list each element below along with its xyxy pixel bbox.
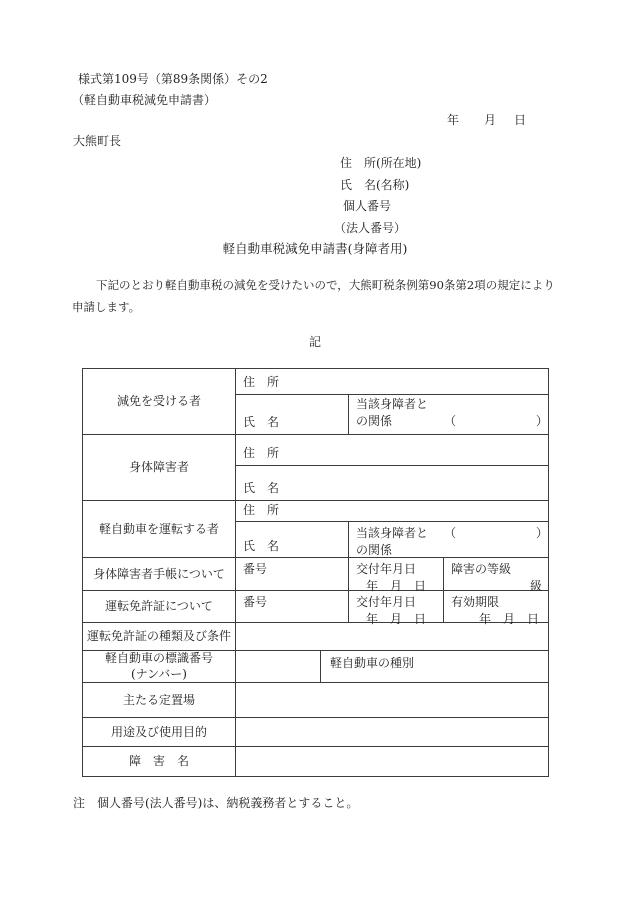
- location-label: 主たる定置場: [83, 683, 236, 717]
- plate-label-line1: 軽自動車の標識番号: [105, 651, 213, 666]
- disability-name-blank: [236, 747, 548, 776]
- vehicle-type-label: 軽自動車の種別: [330, 656, 414, 670]
- paren-close: ）: [536, 412, 548, 429]
- driver-relation-label: 当該身障者との関係: [356, 524, 436, 558]
- row-disabled-person: 身体障害者 住 所 氏 名: [83, 435, 548, 501]
- personal-number-label: 個人番号: [340, 196, 421, 218]
- disabled-person-label: 身体障害者: [83, 435, 236, 500]
- corporate-number-label: （法人番号）: [334, 218, 421, 240]
- license-number-cell: 番号: [236, 591, 349, 622]
- body-line1: 下記のとおり軽自動車税の減免を受けたいので，大熊町税条例第90条第2項の規定によ…: [72, 277, 555, 293]
- exempt-person-label: 減免を受ける者: [83, 369, 236, 434]
- row-purpose: 用途及び使用目的: [83, 718, 548, 747]
- document-page: 様式第109号（第89条関係）その2 （軽自動車税減免申請書） 年月日 大熊町長…: [0, 0, 630, 903]
- handbook-number-cell: 番号: [236, 558, 349, 590]
- disabled-address-cell: 住 所: [236, 435, 548, 466]
- plate-label-cell: 軽自動車の標識番号 (ナンバー): [83, 651, 236, 682]
- paren-close: ）: [536, 524, 548, 541]
- paren-open: （: [444, 412, 456, 429]
- exempt-relation-cell: 当該身障者との関係 （ ）: [349, 395, 548, 434]
- document-title: 軽自動車税減免申請書(身障者用): [0, 239, 630, 257]
- handbook-grade-cell: 障害の等級 級: [444, 558, 548, 590]
- date-line: 年月日: [447, 111, 526, 128]
- section-heading-ki: 記: [0, 333, 630, 350]
- driver-name-label: 氏 名: [243, 537, 279, 554]
- license-issue-cell: 交付年月日 年 月 日: [349, 591, 444, 622]
- handbook-label: 身体障害者手帳について: [83, 558, 236, 590]
- month-label: 月: [484, 113, 496, 127]
- exempt-relation-label: 当該身障者との関係: [356, 395, 436, 429]
- disabled-address-label: 住 所: [243, 444, 279, 461]
- row-license-type: 運転免許証の種類及び条件: [83, 623, 548, 651]
- vehicle-type-cell: 軽自動車の種別: [321, 651, 548, 682]
- row-driver: 軽自動車を運転する者 住 所 氏 名 当該身障者との関係 （ ）: [83, 501, 548, 558]
- year-label: 年: [447, 113, 459, 127]
- location-blank: [236, 683, 548, 717]
- form-subtitle: （軽自動車税減免申請書）: [72, 91, 216, 108]
- driver-address-cell: 住 所: [236, 501, 548, 522]
- exempt-name-label: 氏 名: [243, 413, 279, 430]
- applicant-block: 住 所(所在地) 氏 名(名称) 個人番号 （法人番号）: [340, 153, 421, 239]
- plate-label-line2: (ナンバー): [105, 667, 213, 682]
- body-line2: 申請します。: [72, 299, 140, 315]
- row-plate: 軽自動車の標識番号 (ナンバー) 軽自動車の種別: [83, 651, 548, 683]
- exempt-address-cell: 住 所: [236, 369, 548, 395]
- driver-name-row: 氏 名 当該身障者との関係 （ ）: [236, 522, 548, 558]
- license-label: 運転免許証について: [83, 591, 236, 622]
- purpose-blank: [236, 718, 548, 746]
- handbook-issue-cell: 交付年月日 年 月 日: [349, 558, 444, 590]
- row-handbook: 身体障害者手帳について 番号 交付年月日 年 月 日 障害の等級 級: [83, 558, 548, 591]
- row-location: 主たる定置場: [83, 683, 548, 718]
- license-number-label: 番号: [243, 595, 267, 609]
- applicant-name-label: 氏 名(名称): [340, 175, 421, 197]
- exempt-name-row: 氏 名 当該身障者との関係 （ ）: [236, 395, 548, 434]
- row-disability-name: 障 害 名: [83, 747, 548, 776]
- disabled-name-label: 氏 名: [243, 479, 279, 496]
- grade-label: 障害の等級: [444, 560, 548, 577]
- exempt-name-cell: 氏 名: [236, 395, 349, 434]
- driver-label: 軽自動車を運転する者: [83, 501, 236, 557]
- issue-date-label: 交付年月日: [349, 593, 443, 610]
- footnote: 注 個人番号(法人番号)は、納税義務者とすること。: [73, 794, 358, 811]
- driver-name-cell: 氏 名: [236, 522, 349, 558]
- plate-number-blank: [236, 651, 321, 682]
- driver-relation-cell: 当該身障者との関係 （ ）: [349, 522, 548, 558]
- application-table: 減免を受ける者 住 所 氏 名 当該身障者との関係 （ ）: [82, 368, 549, 777]
- issue-date-label: 交付年月日: [349, 560, 443, 577]
- purpose-label: 用途及び使用目的: [83, 718, 236, 746]
- license-expiry-cell: 有効期限 年 月 日: [444, 591, 548, 622]
- disabled-name-cell: 氏 名: [236, 466, 548, 500]
- applicant-address-label: 住 所(所在地): [340, 153, 421, 175]
- license-type-label: 運転免許証の種類及び条件: [83, 623, 236, 650]
- handbook-number-label: 番号: [243, 562, 267, 576]
- exempt-address-label: 住 所: [243, 373, 279, 390]
- day-label: 日: [514, 113, 526, 127]
- disability-name-label: 障 害 名: [83, 747, 236, 776]
- expiry-label: 有効期限: [444, 593, 548, 610]
- addressee: 大熊町長: [73, 132, 121, 149]
- form-number: 様式第109号（第89条関係）その2: [78, 70, 268, 87]
- row-exempt-person: 減免を受ける者 住 所 氏 名 当該身障者との関係 （ ）: [83, 369, 548, 435]
- row-license: 運転免許証について 番号 交付年月日 年 月 日 有効期限 年 月 日: [83, 591, 548, 623]
- paren-open: （: [444, 524, 456, 541]
- license-type-blank: [236, 623, 548, 650]
- driver-address-label: 住 所: [243, 501, 279, 518]
